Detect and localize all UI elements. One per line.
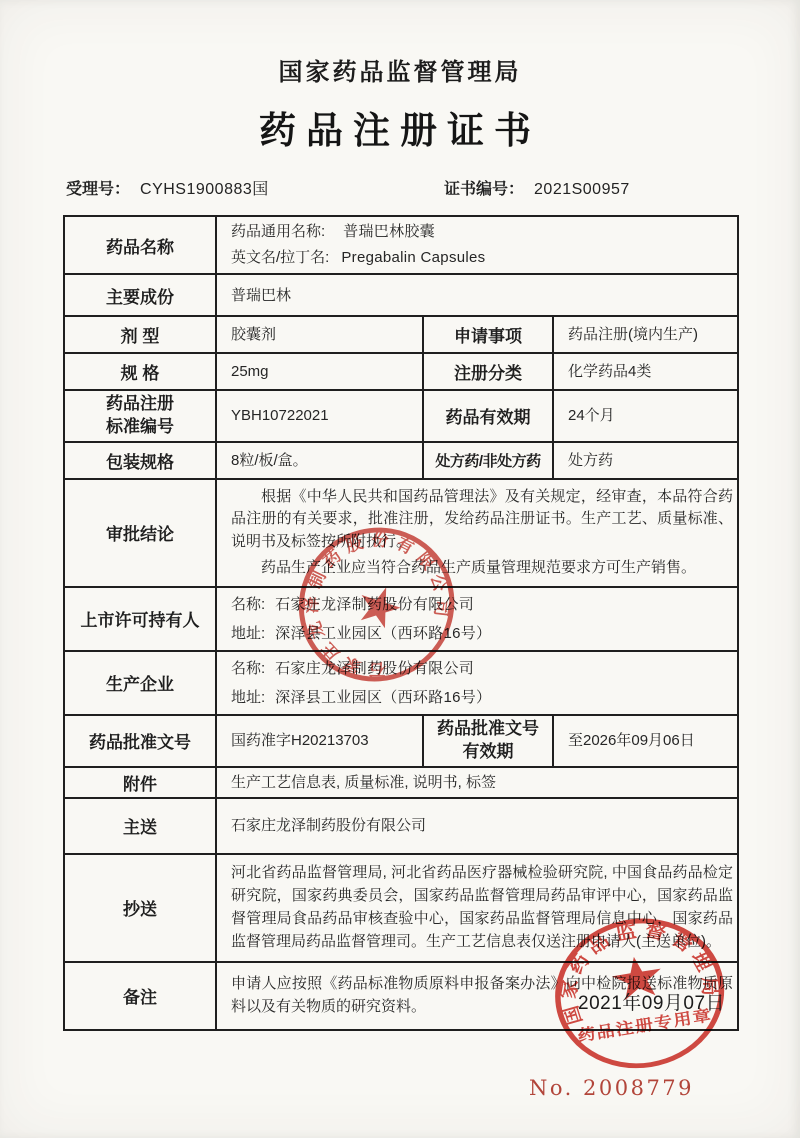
row-license-holder: 上市许可持有人 名称: 石家庄龙泽制药股份有限公司 地址: 深泽县工业园区（西环… xyxy=(64,587,738,651)
specification-label: 规 格 xyxy=(64,353,216,390)
certificate-number: 证书编号：2021S00957 xyxy=(444,176,630,199)
main-ingredient-label: 主要成份 xyxy=(64,274,216,316)
row-manufacturer: 生产企业 名称: 石家庄龙泽制药股份有限公司 地址: 深泽县工业园区（西环路16… xyxy=(64,651,738,715)
acceptance-number-label: 受理号： xyxy=(66,181,130,198)
english-name-label: 英文名/拉丁名: xyxy=(231,245,329,271)
dosage-form-value: 胶囊剂 xyxy=(216,316,423,353)
license-holder-value-cell: 名称: 石家庄龙泽制药股份有限公司 地址: 深泽县工业园区（西环路16号） xyxy=(216,587,738,651)
approval-no-value: 国药准字H20213703 xyxy=(216,715,423,767)
holder-name-label: 名称: xyxy=(231,590,265,619)
acceptance-number: 受理号：CYHS1900883国 xyxy=(66,176,269,199)
standard-no-label: 药品注册 标准编号 xyxy=(64,390,216,442)
english-name-value: Pregabalin Capsules xyxy=(341,245,485,271)
certificate-table: 药品名称 药品通用名称: 普瑞巴林胶囊 英文名/拉丁名: Pregabalin … xyxy=(63,215,739,1031)
application-item-value: 药品注册(境内生产) xyxy=(553,316,738,353)
holder-address-label: 地址: xyxy=(231,619,265,648)
serial-number: No. 2008779 xyxy=(529,1076,694,1100)
holder-name-value: 石家庄龙泽制药股份有限公司 xyxy=(275,590,474,619)
package-spec-value: 8粒/板/盒。 xyxy=(216,442,423,479)
copy-recipients-cell: 河北省药品监督管理局, 河北省药品医疗器械检验研究院, 中国食品药品检定研究院，… xyxy=(216,854,738,962)
manufacturer-label: 生产企业 xyxy=(64,651,216,715)
row-attachments: 附件 生产工艺信息表, 质量标准, 说明书, 标签 xyxy=(64,767,738,798)
approval-no-label: 药品批准文号 xyxy=(64,715,216,767)
row-specification: 规 格 25mg 注册分类 化学药品4类 xyxy=(64,353,738,390)
approval-no-validity-label: 药品批准文号 有效期 xyxy=(423,715,553,767)
approval-conclusion-text: 根据《中华人民共和国药品管理法》及有关规定，经审查，本品符合药品注册的有关要求，… xyxy=(216,479,738,587)
certificate-page: 国家药品监督管理局 药品注册证书 受理号：CYHS1900883国 证书编号：2… xyxy=(0,0,800,1138)
rx-otc-value: 处方药 xyxy=(553,442,738,479)
dosage-form-label: 剂 型 xyxy=(64,316,216,353)
approval-conclusion-paragraph-1: 根据《中华人民共和国药品管理法》及有关规定，经审查，本品符合药品注册的有关要求，… xyxy=(231,486,733,554)
main-recipient-label: 主送 xyxy=(64,798,216,854)
manufacturer-address-value: 深泽县工业园区（西环路16号） xyxy=(275,683,491,712)
row-approval-conclusion: 审批结论 根据《中华人民共和国药品管理法》及有关规定，经审查，本品符合药品注册的… xyxy=(64,479,738,587)
meta-row: 受理号：CYHS1900883国 证书编号：2021S00957 xyxy=(0,176,800,202)
issue-date: 2021年09月07日 xyxy=(578,988,725,1015)
manufacturer-value-cell: 名称: 石家庄龙泽制药股份有限公司 地址: 深泽县工业园区（西环路16号） xyxy=(216,651,738,715)
manufacturer-name-label: 名称: xyxy=(231,654,265,683)
manufacturer-address-label: 地址: xyxy=(231,683,265,712)
certificate-number-label: 证书编号： xyxy=(444,181,524,198)
application-item-label: 申请事项 xyxy=(423,316,553,353)
package-spec-label: 包装规格 xyxy=(64,442,216,479)
attachments-label: 附件 xyxy=(64,767,216,798)
main-recipient-value: 石家庄龙泽制药股份有限公司 xyxy=(216,798,738,854)
copy-recipients-text: 河北省药品监督管理局, 河北省药品医疗器械检验研究院, 中国食品药品检定研究院，… xyxy=(231,862,733,954)
drug-name-value-cell: 药品通用名称: 普瑞巴林胶囊 英文名/拉丁名: Pregabalin Capsu… xyxy=(216,216,738,274)
row-standard-no: 药品注册 标准编号 YBH10722021 药品有效期 24个月 xyxy=(64,390,738,442)
generic-name-label: 药品通用名称: xyxy=(231,219,325,245)
row-approval-no: 药品批准文号 国药准字H20213703 药品批准文号 有效期 至2026年09… xyxy=(64,715,738,767)
registration-class-value: 化学药品4类 xyxy=(553,353,738,390)
row-copy-recipients: 抄送 河北省药品监督管理局, 河北省药品医疗器械检验研究院, 中国食品药品检定研… xyxy=(64,854,738,962)
manufacturer-name-value: 石家庄龙泽制药股份有限公司 xyxy=(275,654,474,683)
approval-no-validity-value: 至2026年09月06日 xyxy=(553,715,738,767)
standard-no-value: YBH10722021 xyxy=(216,390,423,442)
main-ingredient-value: 普瑞巴林 xyxy=(216,274,738,316)
acceptance-number-value: CYHS1900883国 xyxy=(140,181,269,198)
approval-conclusion-label: 审批结论 xyxy=(64,479,216,587)
agency-name: 国家药品监督管理局 xyxy=(0,0,800,87)
remarks-label: 备注 xyxy=(64,962,216,1030)
validity-value: 24个月 xyxy=(553,390,738,442)
specification-value: 25mg xyxy=(216,353,423,390)
registration-class-label: 注册分类 xyxy=(423,353,553,390)
row-dosage-form: 剂 型 胶囊剂 申请事项 药品注册(境内生产) xyxy=(64,316,738,353)
row-main-recipient: 主送 石家庄龙泽制药股份有限公司 xyxy=(64,798,738,854)
certificate-number-value: 2021S00957 xyxy=(534,181,630,198)
row-package-spec: 包装规格 8粒/板/盒。 处方药/非处方药 处方药 xyxy=(64,442,738,479)
row-main-ingredient: 主要成份 普瑞巴林 xyxy=(64,274,738,316)
row-drug-name: 药品名称 药品通用名称: 普瑞巴林胶囊 英文名/拉丁名: Pregabalin … xyxy=(64,216,738,274)
validity-label: 药品有效期 xyxy=(423,390,553,442)
attachments-value: 生产工艺信息表, 质量标准, 说明书, 标签 xyxy=(216,767,738,798)
copy-recipients-label: 抄送 xyxy=(64,854,216,962)
holder-address-value: 深泽县工业园区（西环路16号） xyxy=(275,619,491,648)
license-holder-label: 上市许可持有人 xyxy=(64,587,216,651)
generic-name-value: 普瑞巴林胶囊 xyxy=(343,219,435,245)
rx-otc-label: 处方药/非处方药 xyxy=(423,442,553,479)
drug-name-label: 药品名称 xyxy=(64,216,216,274)
page-title: 药品注册证书 xyxy=(0,100,800,154)
approval-conclusion-paragraph-2: 药品生产企业应当符合药品生产质量管理规范要求方可生产销售。 xyxy=(231,557,733,580)
